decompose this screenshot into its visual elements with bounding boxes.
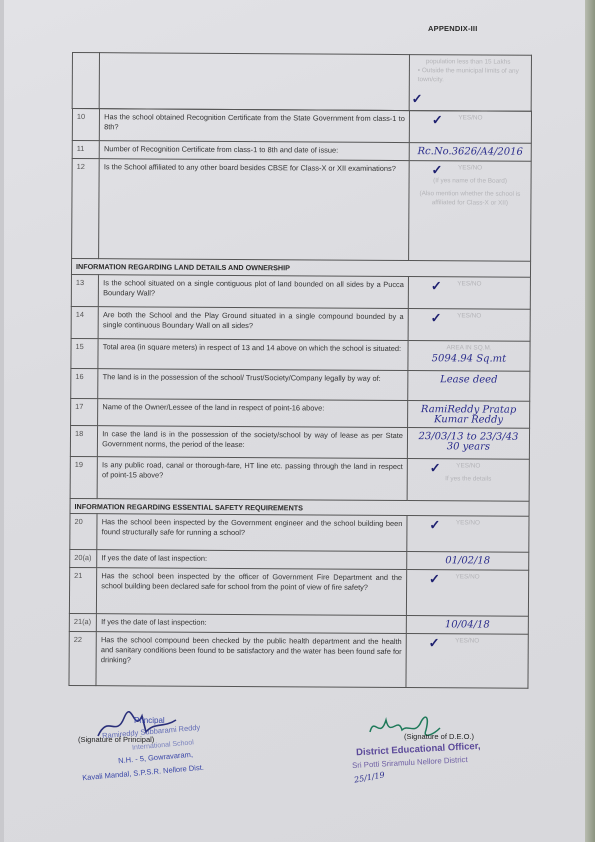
check-mark-icon: ✓ [430, 463, 441, 473]
table-row: 20Has the school been inspected by the G… [70, 514, 529, 553]
appendix-label: APPENDIX-III [428, 24, 478, 33]
row-question: In case the land is in the possession of… [98, 425, 408, 458]
handwritten-answer: 01/02/18 [411, 557, 524, 568]
deo-signature-block: (Signature of D.E.O.) District Education… [352, 710, 582, 800]
row-question: Number of Recognition Certificate from c… [99, 141, 409, 161]
row-number: 22 [69, 632, 97, 686]
row-question [99, 53, 409, 111]
row-number: 21 [69, 568, 97, 614]
table-row: 16The land is in the possession of the s… [71, 368, 530, 401]
principal-signature-block: Principal Ramireddy Subbarami Reddy (Sig… [82, 708, 302, 788]
table-row: 15Total area (in square meters) in respe… [71, 338, 530, 371]
stamp-line: N.H. - 5, Gowravaram, [118, 750, 194, 766]
printed-answer-option: YES/NO [412, 462, 525, 472]
row-number: 15 [71, 338, 98, 368]
handwritten-answer: 5094.94 Sq.mt [412, 354, 525, 365]
row-answer: population less than 15 Lakhs • Outside … [409, 55, 531, 112]
row-number: 13 [71, 274, 98, 306]
table-row: 18In case the land is in the possession … [70, 425, 529, 459]
row-question: Total area (in square meters) in respect… [98, 338, 408, 370]
row-answer: YES/NO✓ [408, 276, 530, 309]
row-answer: YES/NO✓If yes the details [407, 458, 529, 501]
appendix-form-body: 10Has the school obtained Recognition Ce… [68, 108, 532, 689]
row-number: 11 [72, 141, 99, 159]
handwritten-answer: 10/04/18 [411, 621, 524, 632]
row-answer: 01/02/18 [407, 552, 529, 571]
table-row: 14Are both the School and the Play Groun… [71, 306, 530, 341]
page-edge [585, 0, 595, 842]
row-number [72, 53, 100, 109]
printed-answer-option: YES/NO [414, 164, 527, 174]
row-question: Is any public road, canal or thorough-fa… [97, 456, 407, 500]
row-number: 20(a) [70, 550, 97, 568]
deo-date-note: 25/1/19 [354, 771, 386, 784]
handwritten-answer: Rc.No.3626/A4/2016 [414, 147, 527, 158]
row-number: 14 [71, 306, 98, 338]
stamp-line: Principal [134, 716, 165, 725]
row-answer: 10/04/18 [406, 616, 528, 635]
row-number: 10 [72, 109, 99, 141]
row-answer: AREA IN SQ.M.5094.94 Sq.mt [408, 340, 530, 371]
appendix-form-table: population less than 15 Lakhs • Outside … [72, 52, 532, 112]
row-question: Is the school situated on a single conti… [99, 274, 409, 308]
row-question: Name of the Owner/Lessee of the land in … [98, 398, 408, 427]
printed-answer-option: YES/NO [411, 520, 524, 530]
row-answer: YES/NO✓(If yes name of the Board)(Also m… [408, 161, 531, 262]
row-question: If yes the date of last inspection: [97, 614, 407, 634]
check-mark-icon: ✓ [429, 521, 440, 531]
stamp-line: Kavali Mandal, S.P.S.R. Nellore Dist. [82, 763, 204, 783]
row-question: Is the School affiliated to any other bo… [99, 159, 409, 261]
answer-note: (If yes name of the Board) [413, 177, 526, 187]
table-row: 13Is the school situated on a single con… [71, 274, 530, 309]
handwritten-answer: 30 years [412, 442, 525, 453]
printed-answer-option: YES/NO [411, 638, 524, 648]
continuation-row: population less than 15 Lakhs • Outside … [72, 53, 531, 112]
row-answer: Rc.No.3626/A4/2016 [409, 143, 531, 162]
answer-note: If yes the details [412, 475, 525, 485]
handwritten-answer: RamiReddy Pratap Kumar Reddy [412, 405, 525, 426]
check-mark-icon: ✓ [431, 313, 442, 323]
row-answer: YES/NO✓ [409, 111, 531, 144]
check-mark-icon: ✓ [429, 575, 440, 585]
check-mark-icon: ✓ [431, 281, 442, 291]
row-number: 12 [72, 159, 100, 259]
deo-signature-label: (Signature of D.E.O.) [404, 732, 474, 741]
check-mark-icon: ✓ [432, 115, 443, 125]
option-text: • Outside the municipal limits of any to… [414, 67, 527, 86]
printed-answer-option: YES/NO [414, 114, 527, 124]
printed-answer-option: AREA IN SQ.M. [412, 344, 525, 354]
row-answer: YES/NO✓ [408, 308, 530, 341]
check-mark-icon: ✓ [412, 94, 423, 104]
row-number: 19 [70, 456, 97, 498]
row-question: Has the school compound been checked by … [96, 632, 406, 688]
row-answer: Lease deed [408, 370, 530, 401]
table-row: 17Name of the Owner/Lessee of the land i… [71, 398, 530, 428]
check-mark-icon: ✓ [429, 639, 440, 649]
handwritten-answer: Lease deed [412, 375, 525, 386]
row-answer: YES/NO✓ [406, 570, 528, 617]
table-row: 19Is any public road, canal or thorough-… [70, 456, 529, 501]
check-mark-icon: ✓ [432, 165, 443, 175]
row-question: Has the school been inspected by the off… [97, 568, 407, 616]
row-question: Has the school obtained Recognition Cert… [100, 109, 410, 143]
row-question: Has the school been inspected by the Gov… [97, 514, 407, 552]
table-row: 12Is the School affiliated to any other … [72, 159, 532, 262]
row-answer: YES/NO✓ [407, 516, 529, 553]
row-number: 17 [71, 398, 98, 425]
row-question: If yes the date of last inspection: [97, 550, 407, 570]
row-question: Are both the School and the Play Ground … [98, 306, 408, 340]
answer-note: (Also mention whether the school is affi… [413, 190, 526, 209]
row-number: 21(a) [69, 614, 96, 632]
row-answer: YES/NO✓ [406, 634, 528, 689]
row-answer: RamiReddy Pratap Kumar Reddy [407, 400, 529, 428]
row-number: 18 [70, 425, 97, 456]
table-row: 22Has the school compound been checked b… [69, 632, 528, 689]
table-row: 21Has the school been inspected by the o… [69, 568, 528, 617]
row-answer: 23/03/13 to 23/3/4330 years [407, 427, 529, 459]
row-question: The land is in the possession of the sch… [98, 368, 408, 400]
row-number: 20 [70, 514, 97, 550]
principal-signature-label: (Signature of Principal) [78, 735, 154, 744]
printed-answer-option: YES/NO [411, 574, 524, 584]
printed-answer-option: YES/NO [413, 312, 526, 322]
row-number: 16 [71, 368, 98, 398]
printed-answer-option: YES/NO [413, 280, 526, 290]
table-row: 10Has the school obtained Recognition Ce… [72, 109, 531, 144]
